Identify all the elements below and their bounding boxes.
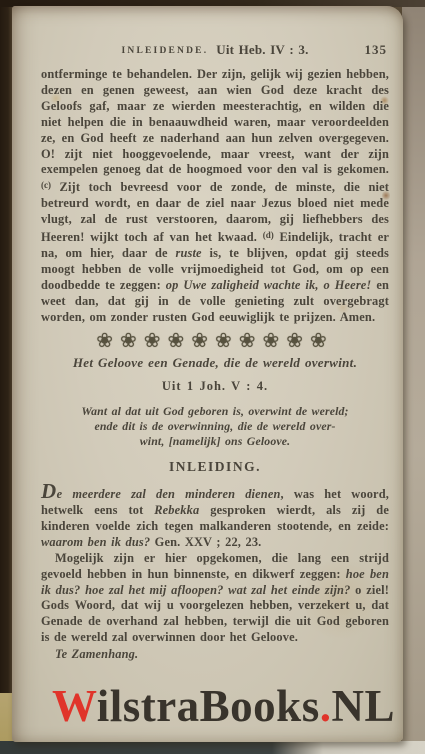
scripture-reference: Uit 1 Joh. V : 4.: [41, 379, 389, 395]
watermark: WilstraBooks.NL: [11, 680, 425, 732]
body-paragraph-1: ontferminge te behandelen. Der zijn, gel…: [41, 67, 389, 326]
quote-line: Want al dat uit God geboren is, overwint…: [41, 404, 389, 419]
ornament-divider: ❀❀❀❀❀❀❀❀❀❀: [41, 333, 389, 349]
watermark-dot: .: [320, 681, 332, 731]
book-photo: INLEIDENDE.Uit Heb. IV : 3. 135 ontfermi…: [0, 0, 425, 754]
body-paragraph-2: De meerdere zal den minderen dienen, was…: [41, 481, 389, 551]
page-content: INLEIDENDE.Uit Heb. IV : 3. 135 ontfermi…: [41, 42, 389, 663]
book-page: INLEIDENDE.Uit Heb. IV : 3. 135 ontfermi…: [12, 6, 403, 742]
table-edge: [0, 741, 425, 754]
watermark-suffix: NL: [331, 681, 395, 731]
section-heading: INLEIDING.: [41, 459, 389, 475]
scripture-quote: Want al dat uit God geboren is, overwint…: [41, 404, 389, 449]
body-paragraph-3: Mogelijk zijn er hier opgekomen, die lan…: [41, 551, 389, 646]
watermark-initial: W: [52, 681, 97, 731]
watermark-middle: ilstraBooks: [97, 681, 320, 731]
book-edge-right: [402, 0, 425, 754]
running-title: INLEIDENDE.: [122, 46, 209, 56]
sermon-title: Het Geloove een Genade, die de wereld ov…: [41, 355, 389, 371]
quote-line: ende dit is de overwinning, die de werel…: [41, 419, 389, 434]
page-number: 135: [365, 42, 388, 58]
header-scripture-reference: Uit Heb. IV : 3.: [216, 42, 308, 57]
quote-line: wint, [namelijk] ons Geloove.: [41, 434, 389, 449]
page-header: INLEIDENDE.Uit Heb. IV : 3. 135: [41, 42, 389, 59]
closing-line: Te Zamenhang.: [41, 647, 389, 663]
